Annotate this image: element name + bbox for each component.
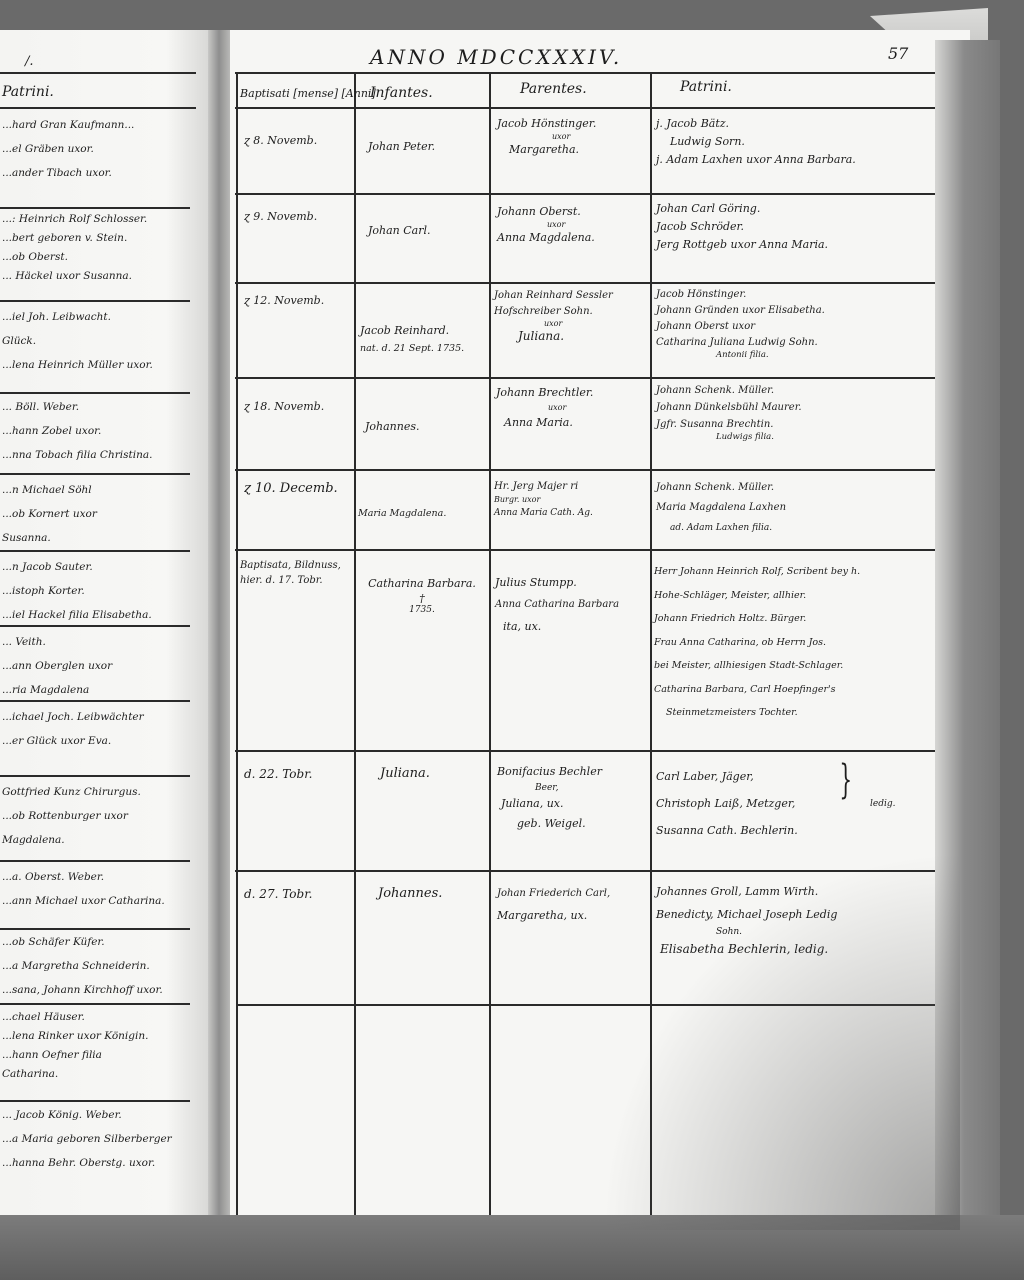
- left-entry: ...ob Schäfer Küfer....a Margretha Schne…: [2, 930, 163, 1002]
- left-rule: [0, 300, 190, 302]
- left-entry: ... Jacob König. Weber....a Maria gebore…: [2, 1103, 172, 1175]
- left-rule: [0, 473, 190, 475]
- entry-infans: Johan Carl.: [368, 222, 431, 240]
- rule-row: [235, 377, 935, 379]
- left-entry: Gottfried Kunz Chirurgus....ob Rottenbur…: [2, 780, 141, 852]
- rule-col: [489, 72, 491, 1215]
- left-entry: ...n Jacob Sauter....istoph Korter....ie…: [2, 555, 152, 627]
- rule-row: [235, 750, 935, 752]
- rule-row: [235, 549, 935, 551]
- entry-date: ɀ 18. Novemb.: [244, 398, 324, 416]
- entry-patrini: Johan Carl Göring. Jacob Schröder. Jerg …: [656, 200, 828, 254]
- entry-patrini: Herr Johann Heinrich Rolf, Scribent bey …: [654, 560, 860, 725]
- rule-col-left: [236, 72, 238, 1215]
- entry-date: Baptisata, Bildnuss, hier. d. 17. Tobr.: [240, 558, 350, 588]
- header-patrini: Patrini.: [680, 80, 732, 94]
- right-page-edge-shadow: [935, 40, 1000, 1220]
- entry-date: d. 27. Tobr.: [244, 885, 312, 903]
- entry-date: ɀ 9. Novemb.: [244, 208, 317, 226]
- page-title: ANNO MDCCXXXIV.: [370, 47, 622, 67]
- entry-patrini: Jacob Hönstinger. Johann Gründen uxor El…: [656, 287, 825, 360]
- entry-date: ɀ 10. Decemb.: [244, 480, 338, 498]
- book-gutter: [208, 30, 230, 1230]
- rule-col: [354, 72, 356, 1215]
- left-entry: ...chael Häuser....lena Rinker uxor Köni…: [2, 1008, 148, 1084]
- entry-patrini-note: ledig.: [870, 795, 895, 813]
- header-baptisati: Baptisati [mense] [Anni]: [240, 88, 376, 99]
- entry-infans: Maria Magdalena.: [358, 505, 446, 523]
- entry-parentes: Johann Oberst. uxor Anna Magdalena.: [497, 203, 595, 247]
- entry-parentes: Jacob Hönstinger. uxor Margaretha.: [497, 115, 596, 159]
- entry-patrini: Johann Schenk. Müller. Maria Magdalena L…: [656, 478, 786, 538]
- header-parentes: Parentes.: [520, 82, 587, 96]
- left-entry: ...hard Gran Kaufmann......el Gräben uxo…: [2, 113, 134, 185]
- left-rule: [0, 860, 190, 862]
- rule-row: [235, 282, 935, 284]
- entry-date: d. 22. Tobr.: [244, 765, 312, 783]
- left-entry: ...ichael Joch. Leibwächter...er Glück u…: [2, 705, 144, 753]
- entry-infans: Catharina Barbara. † 1735.: [358, 575, 486, 615]
- rule-row: [235, 469, 935, 471]
- left-rule: [0, 392, 190, 394]
- entry-parentes: Johann Brechtler. uxor Anna Maria.: [496, 384, 593, 432]
- left-rule: [0, 107, 196, 109]
- entry-parentes: Bonifacius Bechler Beer, Juliana, ux. ge…: [497, 762, 602, 834]
- rule-row: [235, 193, 935, 195]
- left-entry: ...n Michael Söhl...ob Kornert uxorSusan…: [2, 478, 97, 550]
- entry-parentes: Johan Reinhard Sessler Hofschreiber Sohn…: [494, 288, 613, 344]
- entry-patrini: Carl Laber, Jäger, Christoph Laiß, Metzg…: [656, 763, 798, 844]
- entry-infans: Jacob Reinhard. nat. d. 21 Sept. 1735.: [360, 322, 464, 358]
- left-rule-top: [0, 72, 196, 74]
- left-page-number-fragment: /.: [25, 55, 34, 68]
- entry-date: ɀ 8. Novemb.: [244, 132, 317, 150]
- brace-glyph: }: [839, 760, 852, 800]
- page-number: 57: [888, 46, 908, 62]
- left-entry: ...: Heinrich Rolf Schlosser....bert geb…: [2, 210, 147, 286]
- left-header-patrini: Patrini.: [2, 85, 54, 99]
- entry-infans: Juliana.: [380, 765, 430, 783]
- rule-top: [235, 72, 935, 74]
- entry-infans: Johannes.: [365, 418, 420, 436]
- rule-col: [650, 72, 652, 1215]
- left-rule: [0, 207, 190, 209]
- entry-date: ɀ 12. Novemb.: [244, 292, 324, 310]
- table-surface: [0, 1215, 1024, 1280]
- left-rule: [0, 1003, 190, 1005]
- entry-parentes: Johan Friederich Carl, Margaretha, ux.: [497, 883, 610, 927]
- rule-header: [235, 107, 935, 109]
- left-rule: [0, 1100, 190, 1102]
- left-rule: [0, 775, 190, 777]
- left-rule: [0, 550, 190, 552]
- left-entry: ... Veith....ann Oberglen uxor...ria Mag…: [2, 630, 112, 702]
- left-entry: ...a. Oberst. Weber....ann Michael uxor …: [2, 865, 165, 913]
- header-infantes: Infantes.: [370, 86, 433, 100]
- entry-parentes: Julius Stumpp. Anna Catharina Barbara it…: [495, 572, 619, 638]
- rule-row: [238, 1004, 935, 1006]
- entry-infans: Johan Peter.: [368, 138, 435, 156]
- entry-patrini: Johannes Groll, Lamm Wirth. Benedicty, M…: [656, 880, 837, 961]
- entry-patrini: Johann Schenk. Müller. Johann Dünkelsbüh…: [656, 382, 802, 442]
- rule-row: [235, 870, 935, 872]
- entry-patrini: j. Jacob Bätz. Ludwig Sorn. j. Adam Laxh…: [656, 115, 856, 169]
- left-entry: ... Böll. Weber....hann Zobel uxor....nn…: [2, 395, 152, 467]
- left-entry: ...iel Joh. Leibwacht.Glück....lena Hein…: [2, 305, 153, 377]
- entry-infans: Johannes.: [378, 885, 442, 903]
- entry-parentes: Hr. Jerg Majer ri Burgr. uxor Anna Maria…: [494, 478, 593, 522]
